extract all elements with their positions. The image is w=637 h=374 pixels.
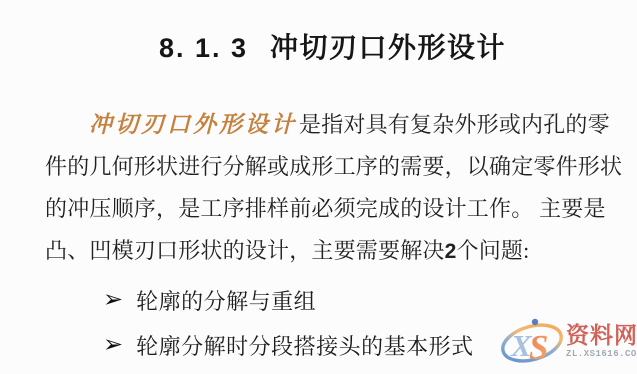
bullet-text: 轮廓的分解与重组	[136, 279, 316, 324]
list-item: ➢ 轮廓的分解与重组	[103, 279, 474, 324]
watermark-text: 资料网 ZL.XS1616.COM	[566, 323, 637, 359]
problem-count: 2	[445, 240, 457, 263]
bullet-list: ➢ 轮廓的分解与重组 ➢ 轮廓分解时分段搭接头的基本形式	[103, 279, 474, 369]
page-title: 冲切刃口外形设计	[270, 32, 506, 63]
highlighted-term: 冲切刃口外形设计	[89, 112, 297, 137]
paragraph-line: 件的几何形状进行分解或成形工序的需要，以确定零件形状	[45, 146, 630, 188]
paragraph-text: 是指对具有复杂外形或内孔的零	[299, 112, 610, 137]
body-paragraph: 冲切刃口外形设计是指对具有复杂外形或内孔的零 件的几何形状进行分解或成形工序的需…	[45, 104, 630, 272]
site-url: ZL.XS1616.COM	[566, 349, 637, 359]
paragraph-line: 冲切刃口外形设计是指对具有复杂外形或内孔的零	[45, 104, 630, 146]
paragraph-text: 凸、凹模刃口形状的设计，主要需要解决	[45, 238, 445, 263]
slide-title: 8. 1. 3冲切刃口外形设计	[14, 26, 637, 66]
arrow-bullet-icon: ➢	[103, 322, 123, 367]
slide-canvas: 8. 1. 3冲切刃口外形设计 冲切刃口外形设计是指对具有复杂外形或内孔的零 件…	[0, 0, 637, 374]
list-item: ➢ 轮廓分解时分段搭接头的基本形式	[103, 324, 474, 369]
site-name: 资料网	[566, 323, 637, 347]
xs-logo-icon: X S	[498, 312, 568, 370]
logo-letter-s: S	[529, 328, 548, 367]
paragraph-text: 个问题:	[457, 238, 530, 263]
watermark: X S 资料网 ZL.XS1616.COM	[498, 311, 636, 371]
paragraph-line: 的冲压顺序，是工序排样前必须完成的设计工作。 主要是	[45, 188, 630, 230]
paragraph-line: 凸、凹模刃口形状的设计，主要需要解决2个问题:	[45, 230, 630, 272]
bullet-text: 轮廓分解时分段搭接头的基本形式	[136, 324, 474, 369]
arrow-bullet-icon: ➢	[103, 277, 123, 322]
section-number: 8. 1. 3	[159, 33, 248, 63]
